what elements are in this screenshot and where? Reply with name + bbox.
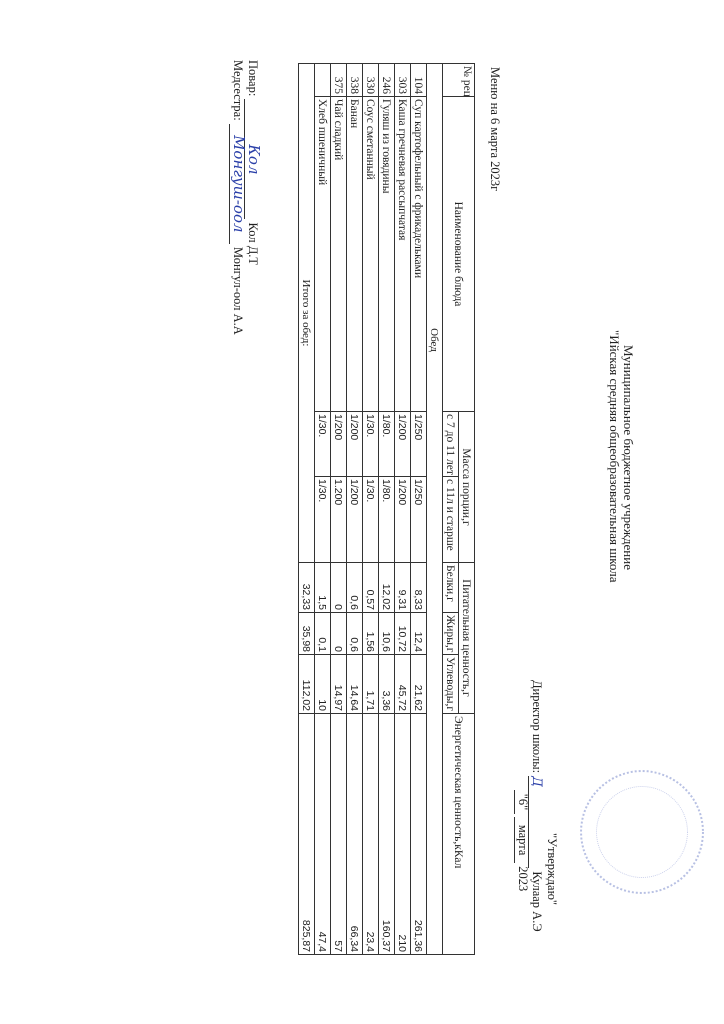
header-recipe-no: № рецепта [443, 64, 475, 97]
fat-value: 0 [331, 613, 347, 655]
fat-value: 10,6 [379, 613, 395, 655]
approve-date: "6" марта 2023 [514, 790, 530, 891]
dish-name: Гуляш из говядины [379, 97, 395, 412]
section-row: Обед [427, 64, 443, 955]
document-page: Муниципальное бюджетное учреждение "Ийск… [0, 0, 724, 1024]
carbs-value: 45,72 [395, 655, 411, 714]
protein-value: 8,33 [411, 563, 427, 613]
nurse-label: Медсестра: [231, 60, 245, 121]
mass-7-11: 1/200 [347, 412, 363, 477]
header-age-7-11: с 7 до 11 лет [443, 412, 459, 477]
header-energy: Энергетическая ценность,кКал [443, 714, 475, 955]
total-label: Итого за обед: [299, 64, 315, 563]
recipe-code: 303 [395, 64, 411, 97]
menu-title: Меню на 6 марта 2023г [487, 67, 502, 191]
fat-value: 1,56 [363, 613, 379, 655]
protein-value: 0,6 [347, 563, 363, 613]
mass-11-plus: 1/200 [395, 477, 411, 563]
protein-value: 1,5 [315, 563, 331, 613]
mass-11-plus: 1.200 [331, 477, 347, 563]
cook-name: Кол Д.Т [246, 223, 260, 265]
carbs-value: 14,97 [331, 655, 347, 714]
total-carbs: 112,02 [299, 655, 315, 714]
carbs-value: 21,62 [411, 655, 427, 714]
fat-value: 12,4 [411, 613, 427, 655]
school-stamp [580, 770, 704, 894]
menu-table: № рецепта Наименование блюда Масса порци… [298, 63, 475, 955]
dish-name: Банан [347, 97, 363, 412]
table-row: 104Суп картофельный с фрикадельками1/250… [411, 64, 427, 955]
energy-value: 160,37 [379, 714, 395, 955]
header-portion-mass: Масса порции,г [459, 412, 475, 563]
recipe-code [315, 64, 331, 97]
approve-label: "Утверждаю" [544, 833, 559, 905]
header-protein: Белки,г [443, 563, 459, 613]
org-name-line1: Муниципальное бюджетное учреждение [620, 345, 636, 570]
table-row: 375Чай сладкий1/2001.2000014,9757 [331, 64, 347, 955]
recipe-code: 104 [411, 64, 427, 97]
dish-name: Каша гречневая рассыпчатая [395, 97, 411, 412]
carbs-value: 1,71 [363, 655, 379, 714]
energy-value: 261,36 [411, 714, 427, 955]
date-year: 2023 [516, 866, 530, 891]
director-label: Директор школы: [530, 680, 544, 773]
energy-value: 66,34 [347, 714, 363, 955]
dish-name: Хлеб пшеничный [315, 97, 331, 412]
date-month: марта [514, 817, 530, 863]
director-signature-line: Д [528, 776, 544, 868]
nurse-signature: Монгуш-оол [230, 135, 248, 232]
table-row: Хлеб пшеничный1/30.1/30.1,50,11047,4 [315, 64, 331, 955]
mass-7-11: 1/30. [363, 412, 379, 477]
mass-11-plus: 1/250 [411, 477, 427, 563]
header-dish-name: Наименование блюда [443, 97, 475, 412]
carbs-value: 10 [315, 655, 331, 714]
table-row: 338Банан1/2001/2000,60,614,6466,34 [347, 64, 363, 955]
date-day: "6" [514, 790, 530, 814]
total-energy: 825,87 [299, 714, 315, 955]
dish-name: Соус сметанный [363, 97, 379, 412]
protein-value: 0 [331, 563, 347, 613]
mass-11-plus: 1/30. [315, 477, 331, 563]
table-row: 246Гуляш из говядины1/80.1/80.12,0210,63… [379, 64, 395, 955]
mass-11-plus: 1/30. [363, 477, 379, 563]
fat-value: 0,6 [347, 613, 363, 655]
director-line: Директор школы: Д Кулаар А.Э [528, 680, 544, 932]
energy-value: 210 [395, 714, 411, 955]
mass-11-plus: 1/200 [347, 477, 363, 563]
table-row: 303Каша гречневая рассыпчатая1/2001/2009… [395, 64, 411, 955]
energy-value: 47,4 [315, 714, 331, 955]
recipe-code: 375 [331, 64, 347, 97]
recipe-code: 330 [363, 64, 379, 97]
header-age-11-plus: с 11л и старше [443, 477, 459, 563]
energy-value: 57 [331, 714, 347, 955]
energy-value: 23,4 [363, 714, 379, 955]
header-fat: Жиры,г [443, 613, 459, 655]
recipe-code: 246 [379, 64, 395, 97]
org-name-line2: "Ийская средняя общеобразовательная школ… [606, 330, 622, 583]
total-row: Итого за обед: 32,33 35,98 112,02 825,87 [299, 64, 315, 955]
protein-value: 0,57 [363, 563, 379, 613]
cook-label: Повар: [246, 60, 260, 96]
mass-7-11: 1/80. [379, 412, 395, 477]
total-protein: 32,33 [299, 563, 315, 613]
fat-value: 10,72 [395, 613, 411, 655]
mass-11-plus: 1/80. [379, 477, 395, 563]
director-name: Кулаар А.Э [530, 871, 544, 931]
recipe-code: 338 [347, 64, 363, 97]
dish-name: Суп картофельный с фрикадельками [411, 97, 427, 412]
carbs-value: 14,64 [347, 655, 363, 714]
protein-value: 12,02 [379, 563, 395, 613]
table-header-row-1: № рецепта Наименование блюда Масса порци… [459, 64, 475, 955]
total-fat: 35,98 [299, 613, 315, 655]
mass-7-11: 1/30. [315, 412, 331, 477]
table-row: 330Соус сметанный1/30.1/30.0,571,561,712… [363, 64, 379, 955]
nurse-name: Монгул-оол А.А [231, 247, 245, 335]
header-nutrition: Питательная ценность,г [459, 563, 475, 714]
section-label: Обед [427, 64, 443, 955]
mass-7-11: 1/200 [395, 412, 411, 477]
mass-7-11: 1/200 [331, 412, 347, 477]
dish-name: Чай сладкий [331, 97, 347, 412]
fat-value: 0,1 [315, 613, 331, 655]
nurse-signature-line: Медсестра: Монгуш-оол Монгул-оол А.А [229, 60, 248, 335]
mass-7-11: 1/250 [411, 412, 427, 477]
header-carbs: Углеводы,г [443, 655, 459, 714]
protein-value: 9,31 [395, 563, 411, 613]
carbs-value: 3,36 [379, 655, 395, 714]
